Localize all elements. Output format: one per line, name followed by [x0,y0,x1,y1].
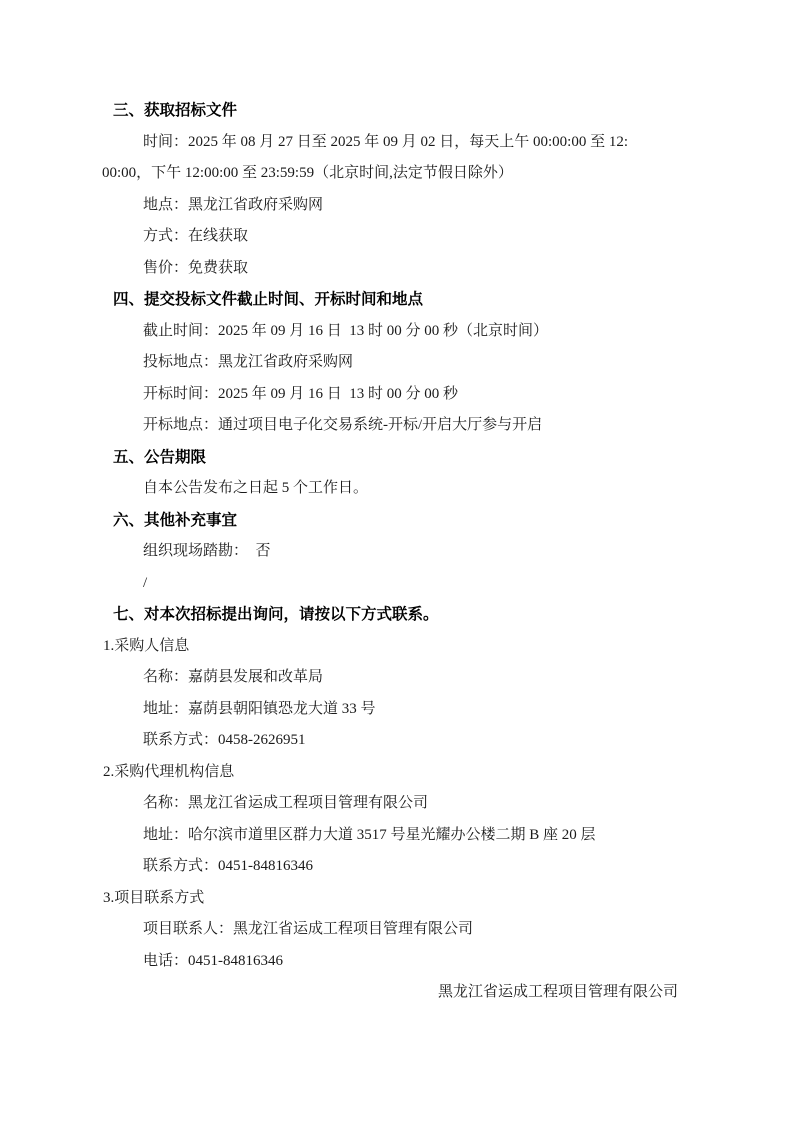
section4-bid-location: 投标地点：黑龙江省政府采购网 [102,347,694,379]
section4-heading: 四、提交投标文件截止时间、开标时间和地点 [102,284,694,316]
signature-company: 黑龙江省运成工程项目管理有限公司 [102,977,694,1009]
section5-body: 自本公告发布之日起 5 个工作日。 [102,473,694,505]
agency-address: 地址：哈尔滨市道里区群力大道 3517 号星光耀办公楼二期 B 座 20 层 [102,820,694,852]
section3-time-line2: 00:00，下午 12:00:00 至 23:59:59（北京时间,法定节假日除… [102,158,694,190]
purchaser-address: 地址：嘉荫县朝阳镇恐龙大道 33 号 [102,694,694,726]
agency-name: 名称：黑龙江省运成工程项目管理有限公司 [102,788,694,820]
announcement-body: 三、获取招标文件 时间：2025 年 08 月 27 日至 2025 年 09 … [102,95,694,1009]
section3-price: 售价：免费获取 [102,253,694,285]
section4-deadline: 截止时间：2025 年 09 月 16 日 13 时 00 分 00 秒（北京时… [102,316,694,348]
section4-open-time: 开标时间：2025 年 09 月 16 日 13 时 00 分 00 秒 [102,379,694,411]
agency-contact: 联系方式：0451-84816346 [102,851,694,883]
document-page: 三、获取招标文件 时间：2025 年 08 月 27 日至 2025 年 09 … [0,0,793,1122]
section5-heading: 五、公告期限 [102,442,694,474]
section7-heading: 七、对本次招标提出询问，请按以下方式联系。 [102,599,694,631]
section3-location: 地点：黑龙江省政府采购网 [102,190,694,222]
section3-heading: 三、获取招标文件 [102,95,694,127]
project-contact-label: 3.项目联系方式 [102,883,694,915]
purchaser-name: 名称：嘉荫县发展和改革局 [102,662,694,694]
section6-heading: 六、其他补充事宜 [102,505,694,537]
project-phone: 电话：0451-84816346 [102,946,694,978]
section3-time-line1: 时间：2025 年 08 月 27 日至 2025 年 09 月 02 日，每天… [102,127,694,159]
agency-label: 2.采购代理机构信息 [102,757,694,789]
section6-extra: / [102,568,694,600]
project-contact-person: 项目联系人：黑龙江省运成工程项目管理有限公司 [102,914,694,946]
section3-method: 方式：在线获取 [102,221,694,253]
section4-open-location: 开标地点：通过项目电子化交易系统-开标/开启大厅参与开启 [102,410,694,442]
purchaser-contact: 联系方式：0458-2626951 [102,725,694,757]
section6-site-survey: 组织现场踏勘： 否 [102,536,694,568]
purchaser-label: 1.采购人信息 [102,631,694,663]
